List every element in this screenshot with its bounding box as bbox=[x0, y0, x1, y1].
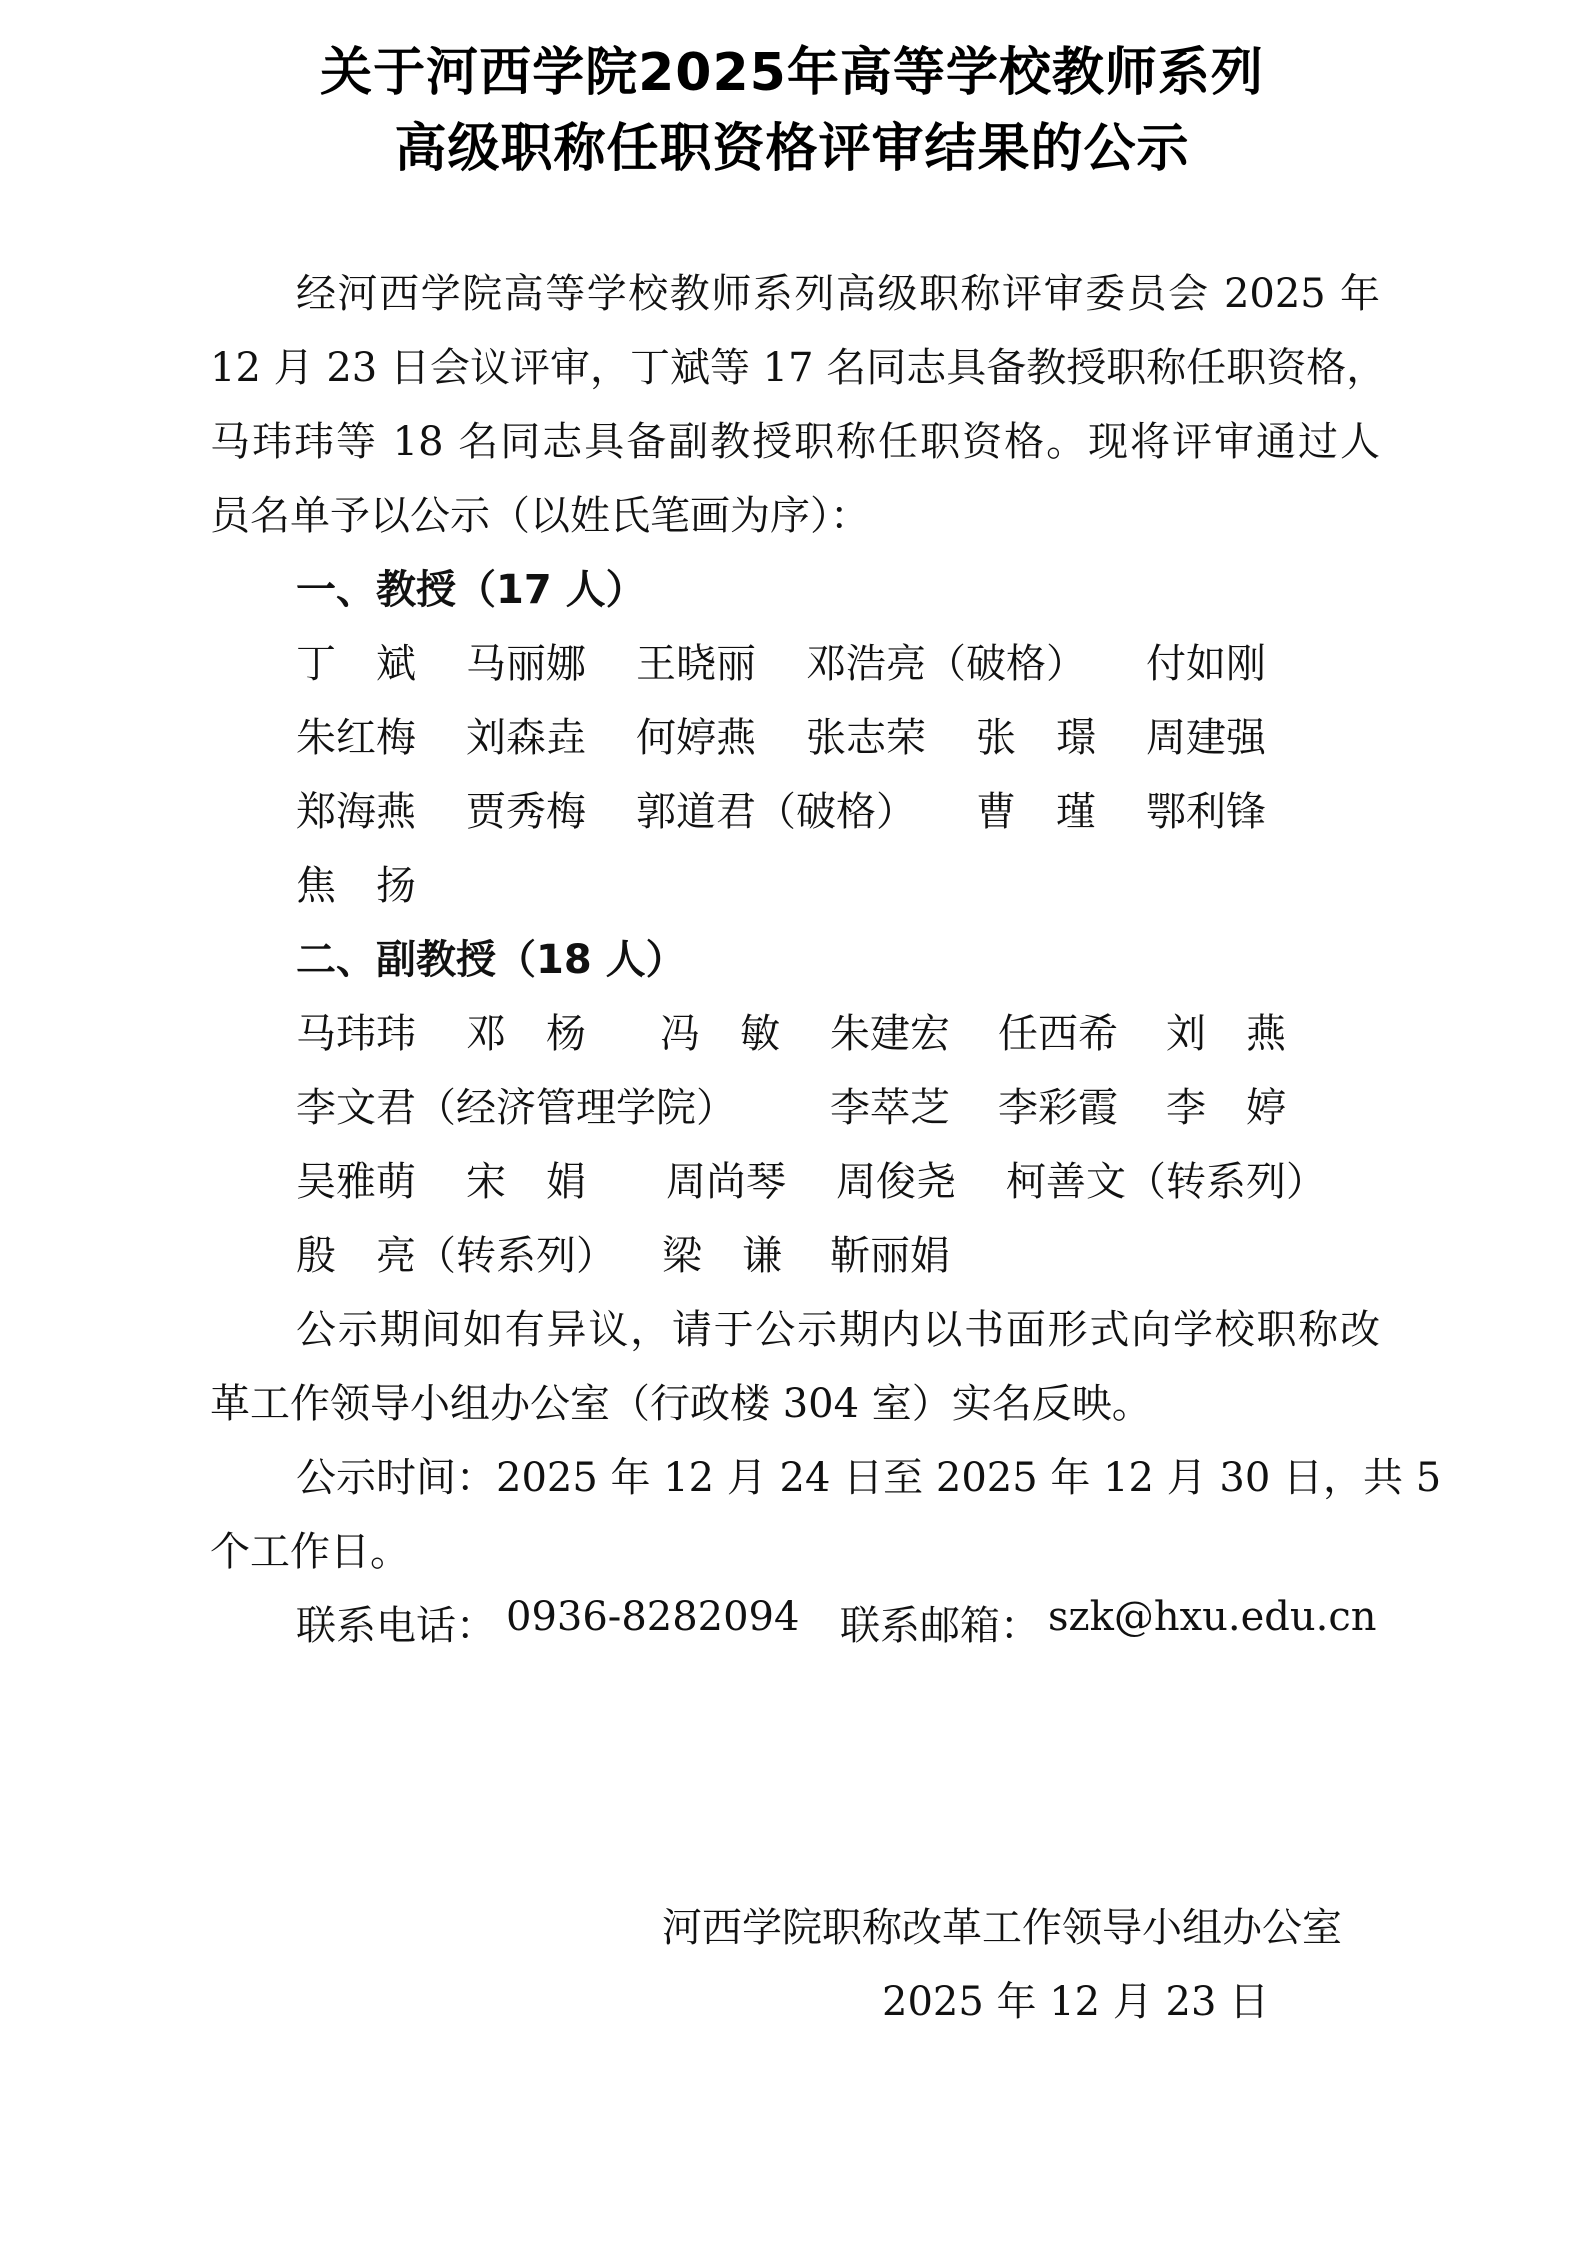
objection-line: 公示期间如有异议，请于公示期内以书面形式向学校职称改 bbox=[296, 1298, 1380, 1355]
name-item: 贾秀梅 bbox=[466, 780, 586, 837]
document-title-line-1: 关于河西学院2025年高等学校教师系列 bbox=[0, 30, 1584, 105]
name-item: 朱建宏 bbox=[830, 1002, 950, 1059]
email-address: szk@hxu.edu.cn bbox=[1048, 1594, 1377, 1640]
name-item: 何婷燕 bbox=[636, 706, 756, 763]
name-item: 周俊尧 bbox=[836, 1150, 956, 1207]
name-item: 付如刚 bbox=[1146, 632, 1266, 689]
name-item: 郑海燕 bbox=[296, 780, 416, 837]
name-item: 王晓丽 bbox=[636, 632, 756, 689]
name-item: 任西希 bbox=[998, 1002, 1118, 1059]
name-item: 丁 斌 bbox=[296, 632, 416, 689]
name-item: 吴雅萌 bbox=[296, 1150, 416, 1207]
phone-number: 0936-8282094 bbox=[506, 1594, 799, 1640]
name-item: 周建强 bbox=[1146, 706, 1266, 763]
name-item: 张志荣 bbox=[806, 706, 926, 763]
name-item: 郭道君（破格） bbox=[636, 780, 916, 837]
name-item: 梁 谦 bbox=[662, 1224, 782, 1281]
name-item: 刘森垚 bbox=[466, 706, 586, 763]
name-item: 冯 敏 bbox=[660, 1002, 780, 1059]
name-item: 焦 扬 bbox=[296, 854, 416, 911]
name-item: 马丽娜 bbox=[466, 632, 586, 689]
intro-line: 马玮玮等 18 名同志具备副教授职称任职资格。现将评审通过人 bbox=[210, 410, 1380, 467]
name-item: 殷 亮（转系列） bbox=[296, 1224, 616, 1281]
signature-date: 2025 年 12 月 23 日 bbox=[882, 1970, 1269, 2027]
objection-line: 革工作领导小组办公室（行政楼 304 室）实名反映。 bbox=[210, 1372, 1152, 1429]
name-item: 邓 杨 bbox=[466, 1002, 586, 1059]
name-item: 马玮玮 bbox=[296, 1002, 416, 1059]
email-label: 联系邮箱： bbox=[840, 1594, 1040, 1651]
name-item: 周尚琴 bbox=[666, 1150, 786, 1207]
name-item: 张 璟 bbox=[976, 706, 1096, 763]
name-item: 曹 瑾 bbox=[976, 780, 1096, 837]
phone-label: 联系电话： bbox=[296, 1594, 496, 1651]
name-item: 李萃芝 bbox=[830, 1076, 950, 1133]
period-line: 公示时间：2025 年 12 月 24 日至 2025 年 12 月 30 日，… bbox=[296, 1446, 1380, 1503]
intro-line: 员名单予以公示（以姓氏笔画为序）： bbox=[210, 484, 870, 541]
name-item: 李文君（经济管理学院） bbox=[296, 1076, 736, 1133]
name-item: 朱红梅 bbox=[296, 706, 416, 763]
signature-org: 河西学院职称改革工作领导小组办公室 bbox=[662, 1896, 1342, 1953]
document-title-line-2: 高级职称任职资格评审结果的公示 bbox=[0, 106, 1584, 181]
period-line: 个工作日。 bbox=[210, 1520, 410, 1577]
name-item: 李彩霞 bbox=[998, 1076, 1118, 1133]
intro-line: 12 月 23 日会议评审，丁斌等 17 名同志具备教授职称任职资格， bbox=[210, 336, 1380, 393]
name-item: 李 婷 bbox=[1166, 1076, 1286, 1133]
name-item: 鄂利锋 bbox=[1146, 780, 1266, 837]
name-item: 靳丽娟 bbox=[830, 1224, 950, 1281]
intro-line: 经河西学院高等学校教师系列高级职称评审委员会 2025 年 bbox=[296, 262, 1380, 319]
name-item: 刘 燕 bbox=[1166, 1002, 1286, 1059]
professors-heading: 一、教授（17 人） bbox=[296, 558, 646, 615]
name-item: 柯善文（转系列） bbox=[1006, 1150, 1326, 1207]
name-item: 宋 娟 bbox=[466, 1150, 586, 1207]
associate-professors-heading: 二、副教授（18 人） bbox=[296, 928, 686, 985]
name-item: 邓浩亮（破格） bbox=[806, 632, 1086, 689]
